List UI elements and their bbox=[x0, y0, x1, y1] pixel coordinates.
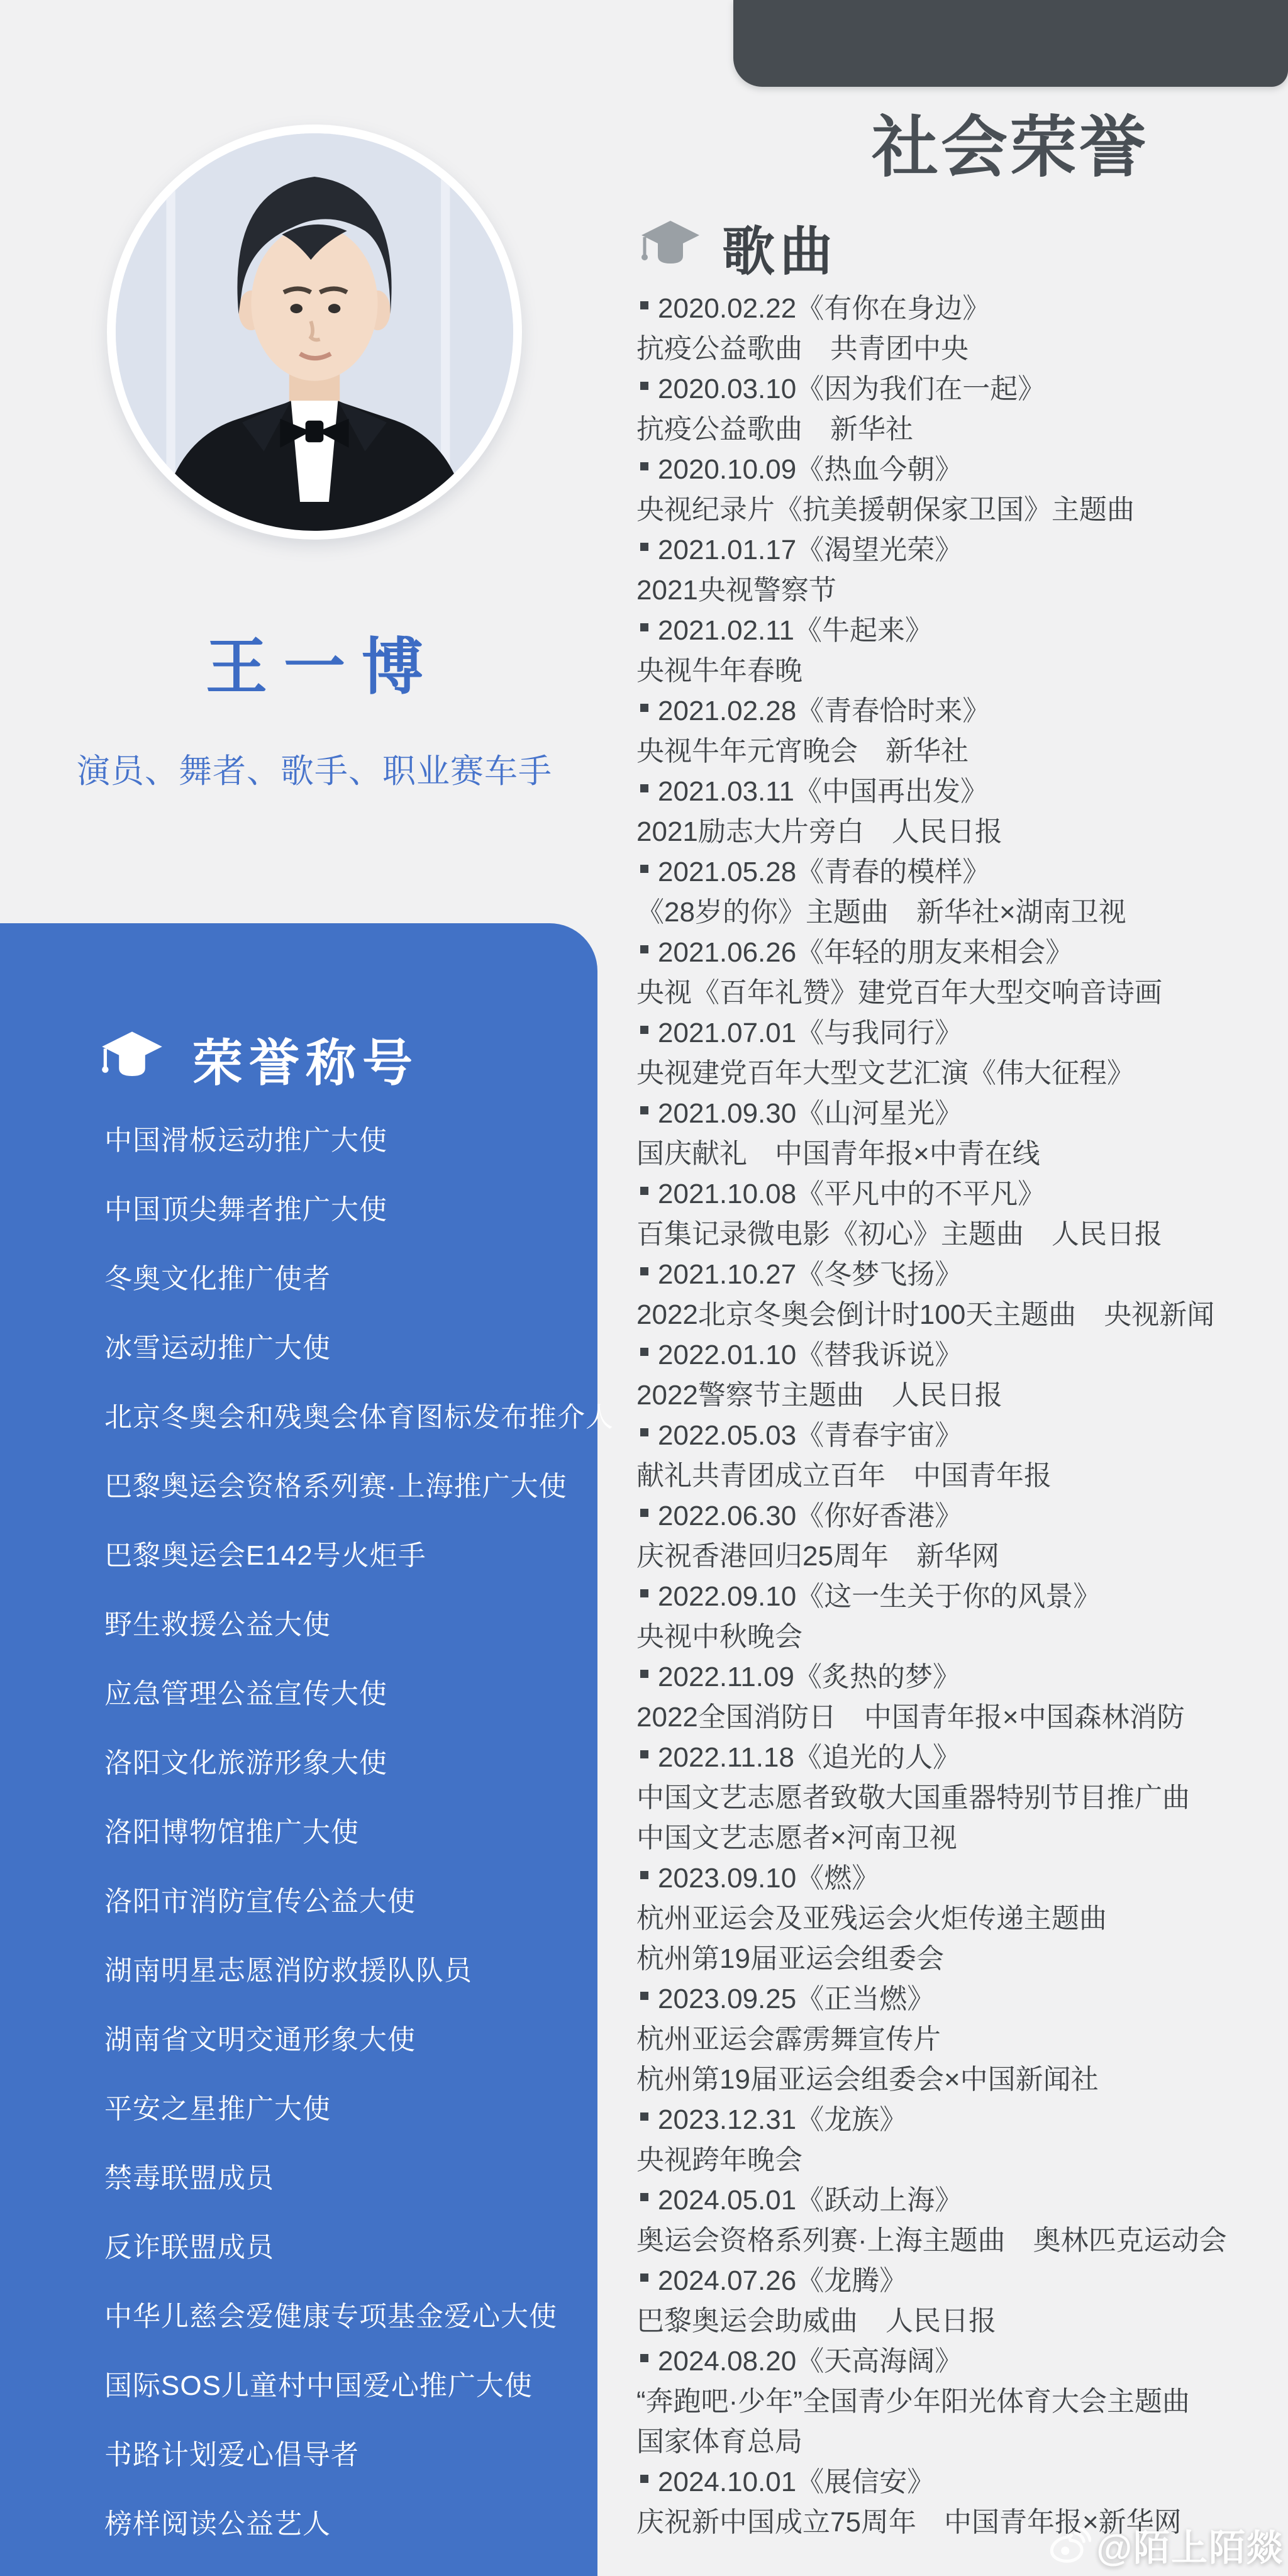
song-entry: 2022.11.18《追光的人》 bbox=[636, 1735, 1288, 1775]
weibo-icon bbox=[1050, 2526, 1091, 2563]
avatar-photo bbox=[116, 133, 513, 531]
song-entry-detail: 央视建党百年大型文艺汇演《伟大征程》 bbox=[636, 1050, 1288, 1091]
top-dark-ribbon bbox=[733, 0, 1288, 87]
song-entry-detail: 巴黎奥运会助威曲 人民日报 bbox=[636, 2298, 1288, 2338]
song-entry-detail: 杭州亚运会霹雳舞宣传片 bbox=[636, 2016, 1288, 2057]
song-entry-detail: 中国文艺志愿者致敬大国重器特别节目推广曲 bbox=[636, 1775, 1288, 1815]
list-item: 北京冬奥会和残奥会体育图标发布推介人 bbox=[104, 1380, 579, 1449]
list-item: 禁毒联盟成员 bbox=[104, 2141, 579, 2210]
song-entry-detail: 央视中秋晚会 bbox=[636, 1614, 1288, 1654]
song-entry: 2021.10.27《冬梦飞扬》 bbox=[636, 1252, 1288, 1292]
songs-section: 歌曲 2020.02.22《有你在身边》抗疫公益歌曲 共青团中央2020.03.… bbox=[636, 213, 1288, 2540]
songs-heading: 歌曲 bbox=[722, 209, 838, 286]
song-entry: 2022.01.10《替我诉说》 bbox=[636, 1332, 1288, 1372]
list-item: 洛阳博物馆推广大使 bbox=[104, 1795, 579, 1864]
song-entry-detail: 央视牛年春晚 bbox=[636, 648, 1288, 688]
song-entry-detail: 庆祝香港回归25周年 新华网 bbox=[636, 1533, 1288, 1574]
song-entry-detail: 中国文艺志愿者×河南卫视 bbox=[636, 1815, 1288, 1855]
song-entry-detail: 献礼共青团成立百年 中国青年报 bbox=[636, 1453, 1288, 1493]
honor-titles-panel: 荣誉称号 中国滑板运动推广大使中国顶尖舞者推广大使冬奥文化推广使者冰雪运动推广大… bbox=[0, 923, 597, 2576]
song-entry-detail: 杭州第19届亚运会组委会×中国新闻社 bbox=[636, 2057, 1288, 2097]
song-entry-detail: 国家体育总局 bbox=[636, 2419, 1288, 2459]
songs-header: 歌曲 bbox=[639, 213, 1288, 282]
list-item: 洛阳文化旅游形象大使 bbox=[104, 1726, 579, 1795]
list-item: 国际SOS儿童村中国爱心推广大使 bbox=[104, 2348, 579, 2418]
song-entry: 2023.09.10《燃》 bbox=[636, 1855, 1288, 1896]
song-entry-detail: 《28岁的你》主题曲 新华社×湖南卫视 bbox=[636, 889, 1288, 930]
song-entry-detail: 2022警察节主题曲 人民日报 bbox=[636, 1372, 1288, 1413]
song-entry-detail: 国庆献礼 中国青年报×中青在线 bbox=[636, 1131, 1288, 1171]
graduation-cap-icon bbox=[639, 214, 702, 280]
song-entry: 2024.07.26《龙腾》 bbox=[636, 2258, 1288, 2298]
song-entry-detail: 2021央视警察节 bbox=[636, 567, 1288, 608]
song-entry-detail: 央视纪录片《抗美援朝保家卫国》主题曲 bbox=[636, 487, 1288, 527]
list-item: 应急管理公益宣传大使 bbox=[104, 1657, 579, 1726]
page-title: 社会荣誉 bbox=[872, 94, 1148, 190]
song-entry: 2021.09.30《山河星光》 bbox=[636, 1091, 1288, 1131]
song-entry: 2021.10.08《平凡中的不平凡》 bbox=[636, 1171, 1288, 1211]
song-entry: 2020.03.10《因为我们在一起》 bbox=[636, 366, 1288, 406]
list-item: 反诈联盟成员 bbox=[104, 2210, 579, 2279]
song-list: 2020.02.22《有你在身边》抗疫公益歌曲 共青团中央2020.03.10《… bbox=[636, 286, 1288, 2540]
song-entry-detail: 杭州亚运会及亚残运会火炬传递主题曲 bbox=[636, 1896, 1288, 1936]
list-item: 冬奥文化推广使者 bbox=[104, 1241, 579, 1311]
song-entry: 2024.05.01《跃动上海》 bbox=[636, 2177, 1288, 2218]
song-entry: 2022.09.10《这一生关于你的风景》 bbox=[636, 1574, 1288, 1614]
song-entry-detail: 抗疫公益歌曲 共青团中央 bbox=[636, 326, 1288, 366]
list-item: 平安之星推广大使 bbox=[104, 2072, 579, 2141]
list-item: 巴黎奥运会E142号火炬手 bbox=[104, 1518, 579, 1587]
portrait-illustration bbox=[116, 133, 513, 531]
song-entry: 2021.05.28《青春的模样》 bbox=[636, 849, 1288, 889]
graduation-cap-icon bbox=[99, 1024, 165, 1094]
song-entry: 2023.09.25《正当燃》 bbox=[636, 1976, 1288, 2016]
song-entry: 2021.03.11《中国再出发》 bbox=[636, 769, 1288, 809]
song-entry-detail: 2022全国消防日 中国青年报×中国森林消防 bbox=[636, 1694, 1288, 1735]
song-entry-detail: 百集记录微电影《初心》主题曲 人民日报 bbox=[636, 1211, 1288, 1252]
song-entry-detail: 奥运会资格系列赛·上海主题曲 奥林匹克运动会 bbox=[636, 2218, 1288, 2258]
list-item: 湖南省文明交通形象大使 bbox=[104, 2002, 579, 2072]
song-entry: 2023.12.31《龙族》 bbox=[636, 2097, 1288, 2137]
list-item: 书路计划爱心倡导者 bbox=[104, 2418, 579, 2487]
watermark-text: @陌上陌燚 bbox=[1096, 2518, 1284, 2571]
song-entry-detail: 央视跨年晚会 bbox=[636, 2137, 1288, 2177]
song-entry: 2021.06.26《年轻的朋友来相会》 bbox=[636, 930, 1288, 970]
list-item: 巴黎奥运会资格系列赛·上海推广大使 bbox=[104, 1449, 579, 1518]
song-entry: 2021.02.28《青春恰时来》 bbox=[636, 688, 1288, 728]
song-entry: 2021.07.01《与我同行》 bbox=[636, 1010, 1288, 1050]
infographic-page: { "page": { "background": "#f1f1f2" }, "… bbox=[0, 0, 1288, 2576]
song-entry: 2024.10.01《展信安》 bbox=[636, 2459, 1288, 2499]
song-entry: 2024.08.20《天高海阔》 bbox=[636, 2338, 1288, 2379]
list-item: 中国顶尖舞者推广大使 bbox=[104, 1172, 579, 1241]
song-entry-detail: 2022北京冬奥会倒计时100天主题曲 央视新闻 bbox=[636, 1292, 1288, 1332]
honor-titles-heading: 荣誉称号 bbox=[192, 1023, 419, 1095]
song-entry: 2022.06.30《你好香港》 bbox=[636, 1493, 1288, 1533]
list-item: 冰雪运动推广大使 bbox=[104, 1311, 579, 1380]
song-entry: 2022.11.09《炙热的梦》 bbox=[636, 1654, 1288, 1694]
watermark: @陌上陌燚 bbox=[1050, 2518, 1284, 2571]
honor-titles-header: 荣誉称号 bbox=[99, 1023, 419, 1095]
list-item: 洛阳市消防宣传公益大使 bbox=[104, 1864, 579, 1933]
person-name: 王一博 bbox=[0, 618, 629, 706]
song-entry-detail: 抗疫公益歌曲 新华社 bbox=[636, 406, 1288, 447]
song-entry: 2021.01.17《渴望光荣》 bbox=[636, 527, 1288, 567]
song-entry-detail: 2021励志大片旁白 人民日报 bbox=[636, 809, 1288, 849]
song-entry-detail: 央视牛年元宵晚会 新华社 bbox=[636, 728, 1288, 769]
song-entry-detail: 杭州第19届亚运会组委会 bbox=[636, 1936, 1288, 1976]
list-item: 中华儿慈会爱健康专项基金爱心大使 bbox=[104, 2279, 579, 2348]
avatar bbox=[107, 125, 522, 540]
song-entry-detail: “奔跑吧·少年”全国青少年阳光体育大会主题曲 bbox=[636, 2379, 1288, 2419]
honor-title-list: 中国滑板运动推广大使中国顶尖舞者推广大使冬奥文化推广使者冰雪运动推广大使北京冬奥… bbox=[104, 1103, 579, 2556]
person-roles: 演员、舞者、歌手、职业赛车手 bbox=[0, 745, 629, 792]
song-entry: 2021.02.11《牛起来》 bbox=[636, 608, 1288, 648]
song-entry: 2020.10.09《热血今朝》 bbox=[636, 447, 1288, 487]
list-item: 湖南明星志愿消防救援队队员 bbox=[104, 1933, 579, 2002]
song-entry: 2022.05.03《青春宇宙》 bbox=[636, 1413, 1288, 1453]
list-item: 榜样阅读公益艺人 bbox=[104, 2487, 579, 2556]
list-item: 中国滑板运动推广大使 bbox=[104, 1103, 579, 1172]
list-item: 野生救援公益大使 bbox=[104, 1587, 579, 1657]
song-entry-detail: 央视《百年礼赞》建党百年大型交响音诗画 bbox=[636, 970, 1288, 1010]
song-entry: 2020.02.22《有你在身边》 bbox=[636, 286, 1288, 326]
